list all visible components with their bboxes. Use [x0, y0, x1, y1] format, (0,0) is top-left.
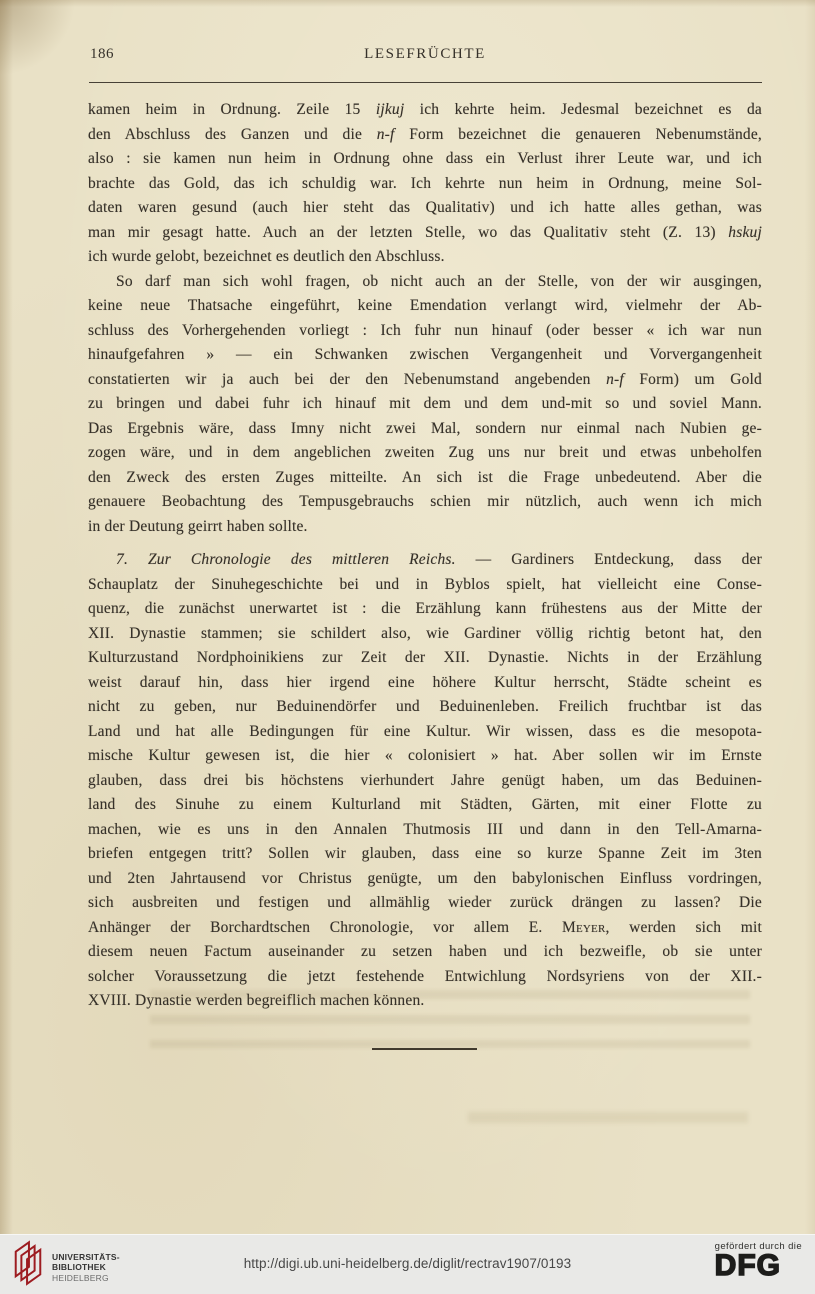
text-line: constatierten wir ja auch bei der den Ne…	[88, 368, 762, 393]
paragraph: kamen heim in Ordnung. Zeile 15 ijkuj ic…	[88, 98, 762, 270]
dfg-logo-block: gefördert durch die DFG	[715, 1241, 802, 1280]
text-line: Schauplatz der Sinuhegeschichte bei und …	[88, 573, 762, 598]
text-line: XVIII. Dynastie werden begreiflich mache…	[88, 989, 762, 1014]
text-line: man mir gesagt hatte. Auch an der letzte…	[88, 221, 762, 246]
text-line: 7. Zur Chronologie des mittleren Reichs.…	[88, 548, 762, 573]
library-name-line3: HEIDELBERG	[52, 1273, 120, 1284]
text-line: zu bringen und dabei fuhr ich hinauf mit…	[88, 392, 762, 417]
text-line: XII. Dynastie stammen; sie schildert als…	[88, 622, 762, 647]
text-line: brachte das Gold, das ich schuldig war. …	[88, 172, 762, 197]
text-line: land des Sinuhe zu einem Kulturland mit …	[88, 793, 762, 818]
paragraph: 7. Zur Chronologie des mittleren Reichs.…	[88, 548, 762, 1014]
text-line: Land und hat alle Bedingungen für eine K…	[88, 720, 762, 745]
small-caps-name: Meyer	[562, 919, 606, 936]
italic-term: ijkuj	[376, 101, 405, 118]
text-line: kamen heim in Ordnung. Zeile 15 ijkuj ic…	[88, 98, 762, 123]
section-end-separator	[372, 1048, 477, 1050]
text-line: briefen entgegen tritt? Sollen wir glaub…	[88, 842, 762, 867]
text-line: Das Ergebnis wäre, dass Imny nicht zwei …	[88, 417, 762, 442]
text-line: solcher Voraussetzung die jetzt festehen…	[88, 965, 762, 990]
text-line: zogen wäre, und in dem angeblichen zweit…	[88, 441, 762, 466]
running-title: LESEFRÜCHTE	[88, 46, 762, 63]
italic-term: hskuj	[728, 224, 762, 241]
text-line: hinaufgefahren » — ein Schwanken zwische…	[88, 343, 762, 368]
text-line: Kulturzustand Nordphoinikiens zur Zeit d…	[88, 646, 762, 671]
page-number: 186	[90, 46, 114, 63]
text-line: keine neue Thatsache eingeführt, keine E…	[88, 294, 762, 319]
verso-bleedthrough	[468, 1112, 748, 1123]
text-line: den Abschluss des Ganzen und die n-f For…	[88, 123, 762, 148]
digitization-footer: UNIVERSITÄTS- BIBLIOTHEK HEIDELBERG http…	[0, 1234, 815, 1294]
text-line: mische Kultur gewesen ist, die hier « co…	[88, 744, 762, 769]
text-line: So darf man sich wohl fragen, ob nicht a…	[88, 270, 762, 295]
text-line: Anhänger der Borchardtschen Chronologie,…	[88, 916, 762, 941]
italic-term: n-f	[606, 371, 624, 388]
italic-term: 7. Zur Chronologie des mittleren Reichs.	[116, 551, 456, 568]
text-line: machen, wie es uns in den Annalen Thutmo…	[88, 818, 762, 843]
header-rule	[89, 82, 762, 83]
digitization-url: http://digi.ub.uni-heidelberg.de/diglit/…	[0, 1256, 815, 1271]
text-line: nicht zu geben, nur Beduinendörfer und B…	[88, 695, 762, 720]
text-line: diesem neuen Factum auseinander zu setze…	[88, 940, 762, 965]
text-line: in der Deutung geirrt haben sollte.	[88, 515, 762, 540]
text-line: und 2ten Jahrtausend vor Christus genügt…	[88, 867, 762, 892]
text-line: ich wurde gelobt, bezeichnet es deutlich…	[88, 245, 762, 270]
text-line: also : sie kamen nun heim in Ordnung ohn…	[88, 147, 762, 172]
text-line: den Zweck des ersten Zuges mitteilte. An…	[88, 466, 762, 491]
text-line: weist darauf hin, dass hier irgend eine …	[88, 671, 762, 696]
body-text: kamen heim in Ordnung. Zeile 15 ijkuj ic…	[88, 98, 762, 1014]
text-line: glauben, dass drei bis höchstens vierhun…	[88, 769, 762, 794]
text-line: schluss des Vorhergehenden vorliegt : Ic…	[88, 319, 762, 344]
text-line: genauere Beobachtung des Tempusgebrauchs…	[88, 490, 762, 515]
paragraph: So darf man sich wohl fragen, ob nicht a…	[88, 270, 762, 540]
page-header: 186 LESEFRÜCHTE	[88, 46, 762, 66]
text-line: daten waren gesund (auch hier steht das …	[88, 196, 762, 221]
dfg-logo: DFG	[715, 1252, 802, 1280]
text-line: quenz, die zunächst unerwartet ist : die…	[88, 597, 762, 622]
text-line: sich ausbreiten und festigen und allmähl…	[88, 891, 762, 916]
italic-term: n-f	[377, 126, 395, 143]
scanned-page: 186 LESEFRÜCHTE kamen heim in Ordnung. Z…	[0, 0, 815, 1294]
